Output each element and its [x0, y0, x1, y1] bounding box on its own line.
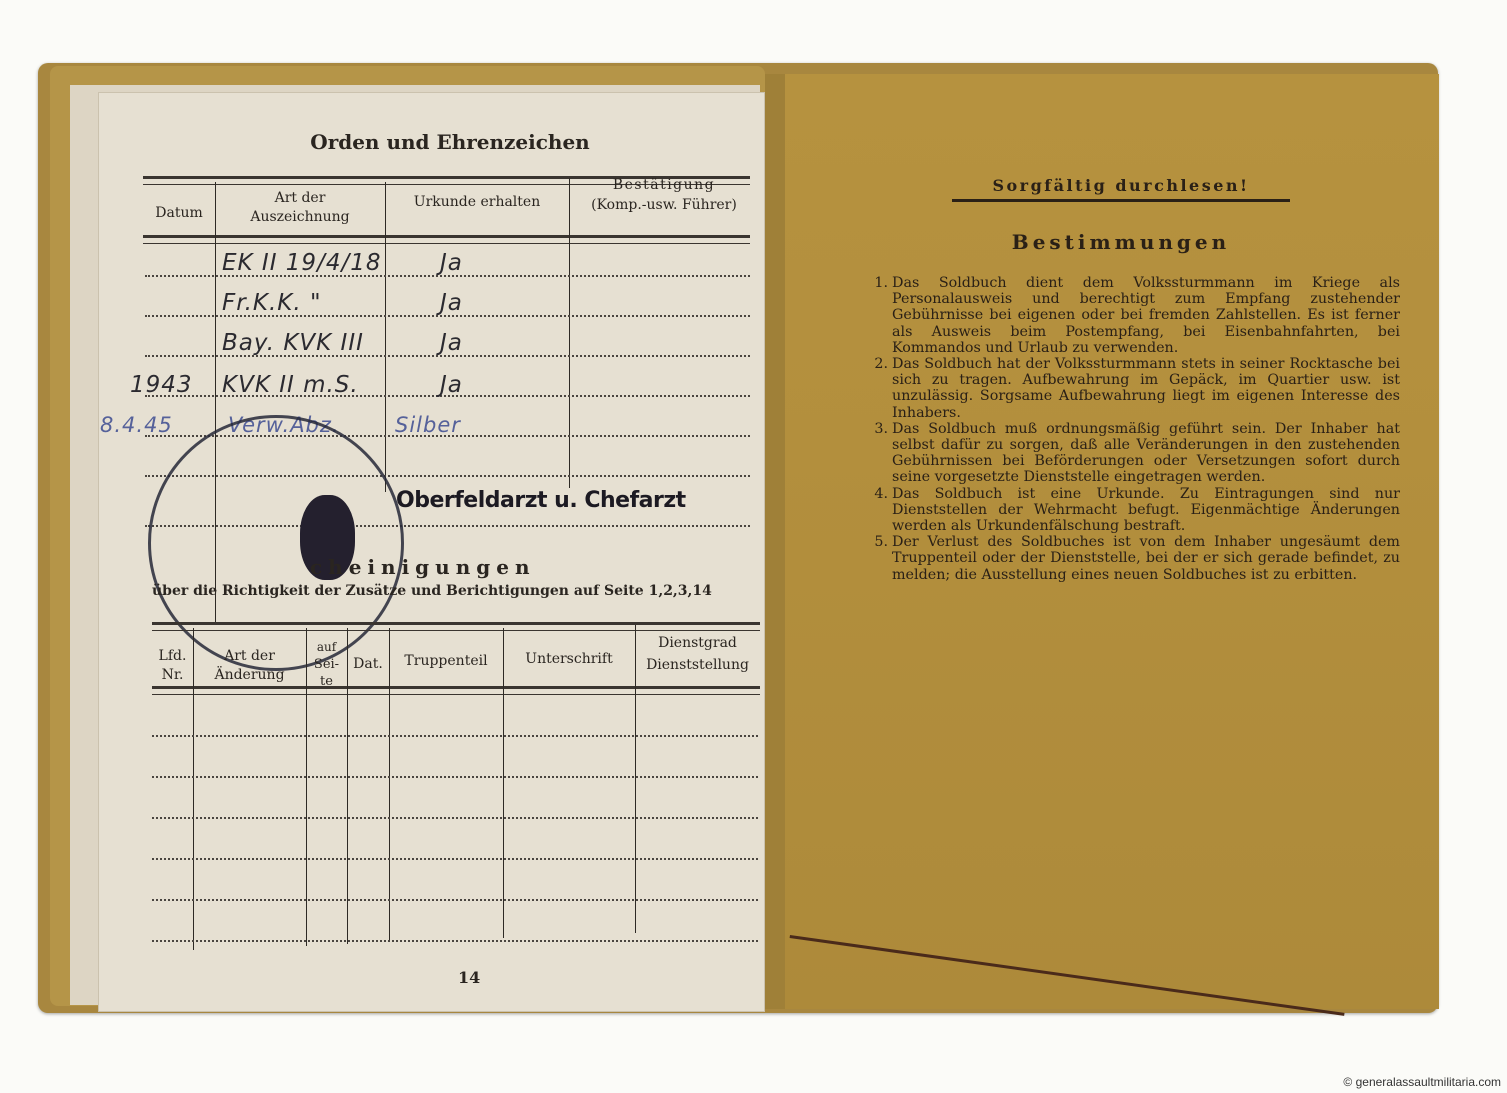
header-art-der: Art der — [193, 647, 306, 666]
row-line — [152, 858, 758, 860]
header-dienstgrad: Dienstgrad — [635, 634, 760, 653]
regulation-item: 3. Das Soldbuch muß ordnungsmäßig geführ… — [860, 421, 1400, 486]
header-art-line1: Art der — [215, 189, 385, 208]
header-datum: Datum — [143, 204, 215, 223]
column-divider — [503, 628, 504, 938]
column-divider — [347, 628, 348, 944]
regulation-number: 5. — [860, 534, 892, 583]
regulation-text: Der Verlust des Soldbuches ist von dem I… — [892, 534, 1400, 583]
regulations-title: Bestimmungen — [952, 230, 1290, 254]
award-entry-art: EK II 19/4/18 — [222, 250, 381, 276]
award-entry-art: Bay. KVK III — [222, 330, 364, 356]
regulation-number: 3. — [860, 421, 892, 486]
regulation-number: 4. — [860, 486, 892, 535]
header-truppenteil: Truppenteil — [389, 652, 503, 671]
award-entry-urkunde: Ja — [440, 372, 463, 398]
column-divider — [385, 182, 386, 492]
header-aenderung: Änderung — [193, 666, 306, 685]
header-art-line2: Auszeichnung — [215, 208, 385, 227]
corrections-header-rule — [152, 686, 760, 695]
row-line — [152, 940, 758, 942]
row-line — [152, 735, 758, 737]
copyright-watermark: © generalassaultmilitaria.com — [1343, 1075, 1501, 1089]
page-number: 14 — [458, 968, 480, 987]
row-line — [152, 817, 758, 819]
official-round-stamp — [148, 415, 404, 671]
award-entry-art: KVK II m.S. — [222, 372, 359, 398]
regulation-item: 4. Das Soldbuch ist eine Urkunde. Zu Ein… — [860, 486, 1400, 535]
regulation-number: 2. — [860, 356, 892, 421]
award-entry-datum: 1943 — [130, 372, 193, 398]
certifications-title: cheinigungen — [310, 555, 536, 579]
row-line — [152, 776, 758, 778]
header-dienststellung: Dienststellung — [635, 656, 760, 675]
column-divider — [389, 628, 390, 942]
regulation-text: Das Soldbuch dient dem Volkssturmmann im… — [892, 275, 1400, 356]
header-nr: Nr. — [152, 666, 193, 685]
row-line — [152, 899, 758, 901]
award-entry-urkunde: Ja — [440, 330, 463, 356]
header-unterschrift: Unterschrift — [503, 650, 635, 669]
right-page-flap — [765, 74, 785, 1009]
awards-title: Orden und Ehrenzeichen — [140, 130, 760, 154]
regulations-list: 1. Das Soldbuch dient dem Volkssturmmann… — [860, 275, 1400, 583]
award-entry-art: Fr.K.K. " — [222, 290, 322, 316]
regulation-text: Das Soldbuch ist eine Urkunde. Zu Eintra… — [892, 486, 1400, 535]
header-fuehrer: (Komp.-usw. Führer) — [569, 196, 759, 215]
award-entry-urkunde: Silber — [395, 413, 461, 437]
regulation-number: 1. — [860, 275, 892, 356]
header-te: te — [306, 672, 347, 691]
regulation-text: Das Soldbuch muß ordnungsmäßig geführt s… — [892, 421, 1400, 486]
regulation-item: 1. Das Soldbuch dient dem Volkssturmmann… — [860, 275, 1400, 356]
read-carefully-heading: Sorgfältig durchlesen! — [952, 176, 1290, 202]
regulation-item: 2. Das Soldbuch hat der Volkssturmmann s… — [860, 356, 1400, 421]
rank-stamp: Oberfeldarzt u. Chefarzt — [396, 488, 686, 513]
header-urkunde: Urkunde erhalten — [385, 193, 569, 212]
regulation-text: Das Soldbuch hat der Volkssturmmann stet… — [892, 356, 1400, 421]
regulation-item: 5. Der Verlust des Soldbuches ist von de… — [860, 534, 1400, 583]
header-dat: Dat. — [347, 655, 389, 674]
award-entry-datum: 8.4.45 — [100, 413, 173, 437]
column-divider — [569, 178, 570, 488]
header-lfd: Lfd. — [152, 647, 193, 666]
award-entry-urkunde: Ja — [440, 250, 463, 276]
header-bestaetigung: Bestätigung — [569, 176, 759, 195]
table-header-rule — [143, 235, 750, 244]
corrections-top-rule — [152, 622, 760, 631]
award-entry-urkunde: Ja — [440, 290, 463, 316]
certifications-caption: über die Richtigkeit der Zusätze und Ber… — [152, 583, 712, 599]
